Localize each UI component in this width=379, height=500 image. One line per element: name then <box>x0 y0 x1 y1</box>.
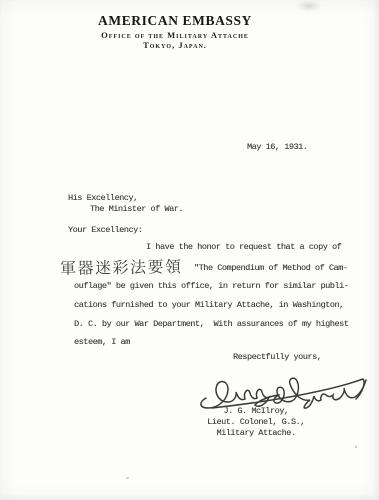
signature-typed-name: J. G. McIlroy, <box>178 406 334 416</box>
scan-speck <box>355 446 357 448</box>
body-line-6: esteem, I am <box>74 337 130 347</box>
body-line-3: ouflage" be given this office, in return… <box>74 281 348 291</box>
date-line: May 16, 1931. <box>247 142 307 152</box>
letter-document: AMERICAN EMBASSY Office of the Military … <box>0 0 379 500</box>
signature-title-line: Military Attache. <box>178 428 334 438</box>
closing: Respectfully yours, <box>233 352 321 362</box>
handwritten-kanji-annotation: 軍器迷彩法要領 <box>60 254 183 279</box>
letterhead-city-line: Tokyo, Japan. <box>0 40 350 50</box>
signature-rank-line: Lieut. Colonel, G.S., <box>178 417 334 427</box>
scan-smudge <box>296 0 322 12</box>
scan-speck <box>126 477 129 479</box>
letterhead-office-line: Office of the Military Attache <box>0 30 350 40</box>
letterhead-title: AMERICAN EMBASSY <box>0 13 350 29</box>
recipient-line-2: The Minister of War. <box>90 204 183 214</box>
body-line-4: cations furnished to your Military Attac… <box>74 300 344 310</box>
body-line-1: I have the honor to request that a copy … <box>146 242 341 252</box>
salutation: Your Excellency: <box>68 225 142 235</box>
body-line-2: "The Compendium of Method of Cam- <box>194 263 347 273</box>
body-line-5: D. C. by our War Department, With assura… <box>74 319 348 329</box>
recipient-line-1: His Excellency, <box>68 193 138 203</box>
